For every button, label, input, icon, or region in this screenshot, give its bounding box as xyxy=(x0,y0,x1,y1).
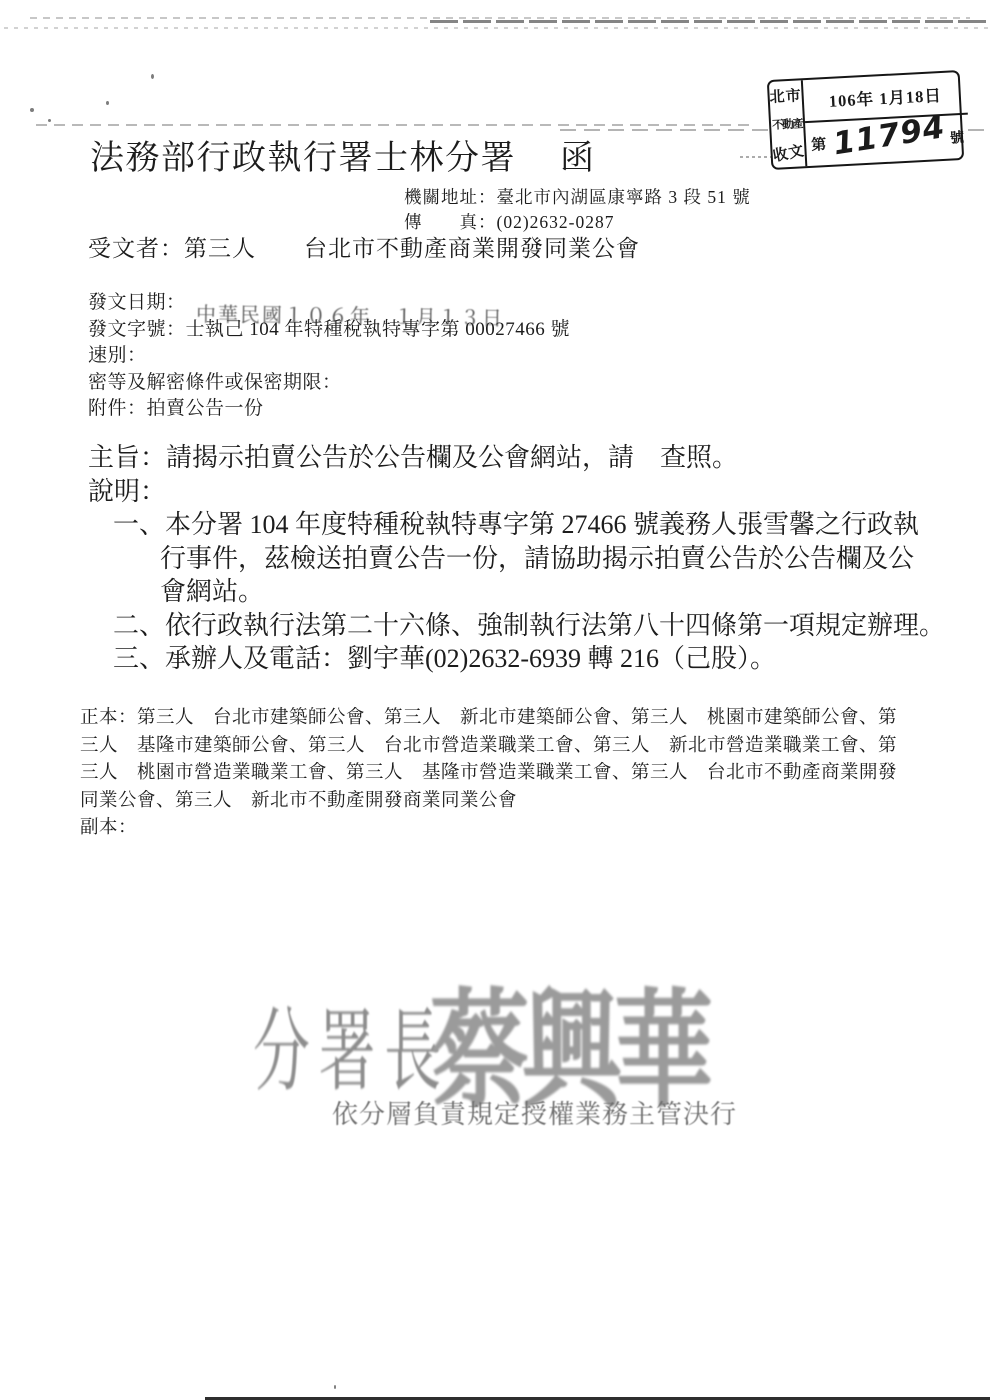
original-copy-line-1: 正本：第三人 台北市建築師公會、第三人 新北市建築師公會、第三人 桃園市建築師公… xyxy=(80,705,897,733)
agency-name: 法務部行政執行署士林分署 xyxy=(90,140,516,177)
stamp-number-suffix: 號 xyxy=(949,126,964,147)
explanation-item-1-line-2: 行事件，茲檢送拍賣公告一份，請協助揭示拍賣公告於公告欄及公 xyxy=(160,542,945,576)
explanation-item-1-line-3: 會網站。 xyxy=(160,575,945,609)
agency-address: 機關地址：臺北市內湖區康寧路 3 段 51 號 xyxy=(404,184,751,209)
distribution-block: 正本：第三人 台北市建築師公會、第三人 新北市建築師公會、第三人 桃園市建築師公… xyxy=(80,705,897,843)
explanation-item-1-line-1: 一、本分署 104 年度特種稅執特專字第 27466 號義務人張雪馨之行政執 xyxy=(113,508,945,542)
scan-noise-line xyxy=(740,156,772,158)
stamp-org-line1: 北市 xyxy=(769,84,802,107)
stamp-org-line2: 不動產 xyxy=(772,115,803,133)
recipient-line: 受文者：第三人 台北市不動產商業開發同業公會 xyxy=(88,230,640,263)
scan-speck xyxy=(48,119,51,122)
received-stamp: 北市 不動產 收文 106年 1月18日 第 11794 號 xyxy=(767,70,964,170)
scan-speck xyxy=(151,74,154,79)
scan-speck xyxy=(106,101,109,105)
cc-label: 副本： xyxy=(80,815,897,843)
delegation-note: 依分層負責規定授權業務主管決行 xyxy=(332,1094,737,1131)
security-label: 密等及解密條件或保密期限： xyxy=(88,370,570,397)
document-type: 函 xyxy=(560,140,596,177)
received-stamp-right: 106年 1月18日 第 11794 號 xyxy=(803,72,970,166)
original-copy-line-4: 同業公會、第三人 新北市不動產開發商業同業公會 xyxy=(80,788,897,816)
stamp-org-line3: 收文 xyxy=(771,139,806,166)
explanation-item-3: 三、承辦人及電話：劉宇華(02)2632-6939 轉 216（己股）。 xyxy=(113,642,945,676)
received-stamp-org: 北市 不動產 收文 xyxy=(769,80,807,168)
scanned-official-letter: 北市 不動產 收文 106年 1月18日 第 11794 號 法務部行政執行署士… xyxy=(0,0,990,1400)
explanation-label: 說明： xyxy=(88,475,945,509)
scan-noise-line xyxy=(36,124,756,126)
received-stamp-number: 第 11794 號 xyxy=(805,115,970,166)
scan-noise-line xyxy=(430,20,988,23)
speed-label: 速別： xyxy=(88,343,570,370)
issue-date-stamp: 中華民國１０６年 １月１３日 xyxy=(196,298,504,331)
subject-line: 主旨：請揭示拍賣公告於公告欄及公會網站，請 查照。 xyxy=(88,441,945,475)
stamp-number-prefix: 第 xyxy=(811,133,827,155)
original-copy-line-2: 三人 基隆市建築師公會、第三人 台北市營造業職業工會、第三人 新北市營造業職業工… xyxy=(80,733,897,761)
signer-title: 分署長 xyxy=(253,980,450,1109)
document-title: 法務部行政執行署士林分署函 xyxy=(90,130,596,179)
scan-speck xyxy=(30,108,34,112)
scan-noise-line xyxy=(4,27,988,29)
explanation-item-2: 二、依行政執行法第二十六條、強制執行法第八十四條第一項規定辦理。 xyxy=(113,609,945,643)
scan-speck xyxy=(334,1385,336,1389)
letter-body: 主旨：請揭示拍賣公告於公告欄及公會網站，請 查照。 說明： 一、本分署 104 … xyxy=(88,441,945,676)
attachment-line: 附件：拍賣公告一份 xyxy=(88,396,570,423)
scan-noise-line xyxy=(30,17,970,19)
original-copy-line-3: 三人 桃園市營造業職業工會、第三人 基隆市營造業職業工會、第三人 台北市不動產商… xyxy=(80,760,897,788)
